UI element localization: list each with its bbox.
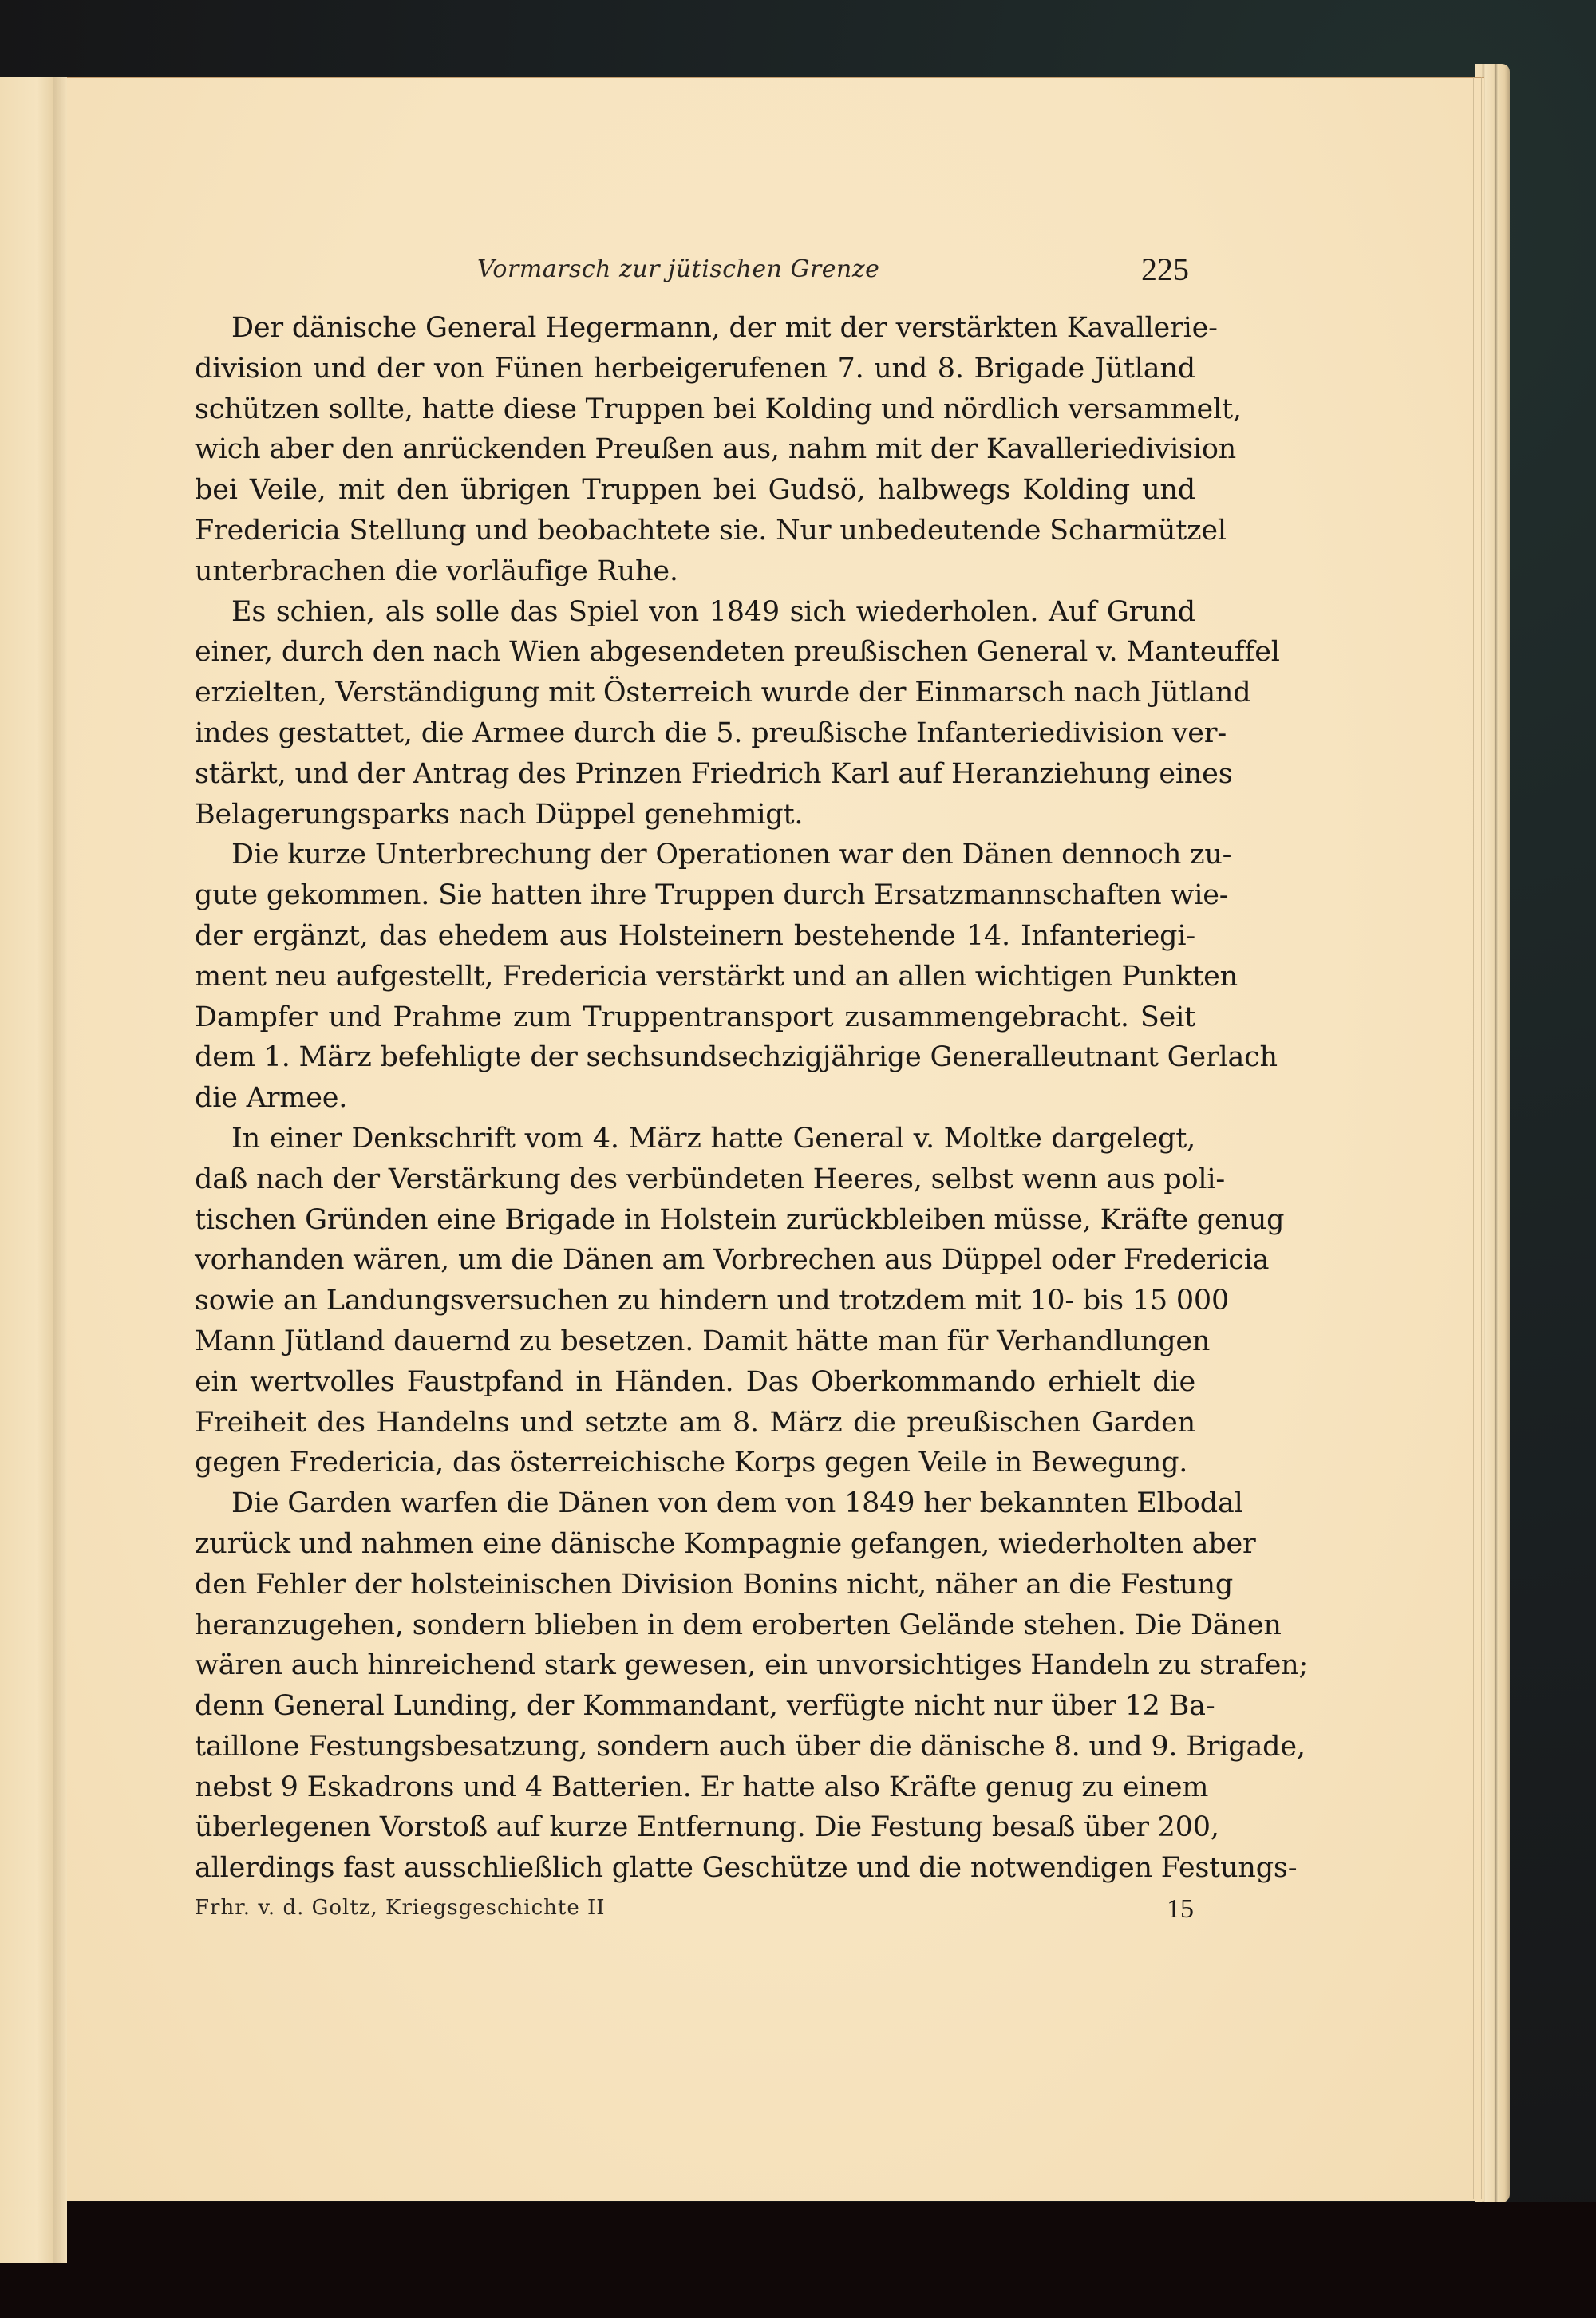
body-text: Der dänische General Hegermann, der mit … — [195, 308, 1195, 1889]
text-line: daß nach der Verstärkung des verbündeten… — [195, 1159, 1195, 1200]
text-line: heranzugehen, sondern blieben in dem ero… — [195, 1605, 1195, 1646]
text-line: Fredericia Stellung und beobachtete sie.… — [195, 511, 1195, 551]
text-line: indes gestattet, die Armee durch die 5. … — [195, 713, 1195, 754]
text-line: ein wertvolles Faustpfand in Händen. Das… — [195, 1362, 1195, 1403]
text-line: stärkt, und der Antrag des Prinzen Fried… — [195, 754, 1195, 795]
text-line: der ergänzt, das ehedem aus Holsteinern … — [195, 916, 1195, 957]
page-footer: Frhr. v. d. Goltz, Kriegsgeschichte II 1… — [195, 1896, 1195, 1928]
text-line: zurück und nahmen eine dänische Kompagni… — [195, 1524, 1195, 1565]
text-line: Dampfer und Prahme zum Truppentransport … — [195, 997, 1195, 1038]
running-head: Vormarsch zur jütischen Grenze 225 — [0, 255, 1596, 295]
text-line: allerdings fast ausschließlich glatte Ge… — [195, 1848, 1195, 1889]
book-gutter — [53, 77, 67, 2263]
scan-background-bottom — [0, 2202, 1596, 2318]
text-line: vorhanden wären, um die Dänen am Vorbrec… — [195, 1240, 1195, 1281]
text-line: erzielten, Verständigung mit Österreich … — [195, 673, 1195, 713]
paragraph: Die Garden warfen die Dänen von dem von … — [195, 1483, 1195, 1889]
paragraph: Der dänische General Hegermann, der mit … — [195, 308, 1195, 592]
text-line: nebst 9 Eskadrons und 4 Batterien. Er ha… — [195, 1767, 1195, 1808]
text-line: Es schien, als solle das Spiel von 1849 … — [195, 592, 1195, 633]
paragraph: Die kurze Unterbrechung der Operationen … — [195, 835, 1195, 1119]
text-line: wich aber den anrückenden Preußen aus, n… — [195, 429, 1195, 470]
text-line: gute gekommen. Sie hatten ihre Truppen d… — [195, 875, 1195, 916]
text-line: Der dänische General Hegermann, der mit … — [195, 308, 1195, 349]
text-line: ment neu aufgestellt, Fredericia verstär… — [195, 957, 1195, 997]
text-line: bei Veile, mit den übrigen Truppen bei G… — [195, 470, 1195, 511]
text-line: schützen sollte, hatte diese Truppen bei… — [195, 389, 1195, 430]
text-line: Die kurze Unterbrechung der Operationen … — [195, 835, 1195, 875]
text-line: denn General Lunding, der Kommandant, ve… — [195, 1686, 1195, 1727]
running-title: Vormarsch zur jütischen Grenze — [477, 255, 879, 283]
text-line: einer, durch den nach Wien abgesendeten … — [195, 632, 1195, 673]
text-line: überlegenen Vorstoß auf kurze Entfernung… — [195, 1807, 1195, 1848]
text-line: den Fehler der holsteinischen Division B… — [195, 1565, 1195, 1605]
page-number: 225 — [1141, 251, 1189, 288]
text-line: taillone Festungsbesatzung, sondern auch… — [195, 1727, 1195, 1767]
text-line: Belagerungsparks nach Düppel genehmigt. — [195, 795, 1195, 835]
text-line: dem 1. März befehligte der sechsundsechz… — [195, 1037, 1195, 1078]
paragraph: In einer Denkschrift vom 4. März hatte G… — [195, 1119, 1195, 1483]
text-line: gegen Fredericia, das österreichische Ko… — [195, 1443, 1195, 1483]
text-line: sowie an Landungsversuchen zu hindern un… — [195, 1281, 1195, 1321]
footer-signature: Frhr. v. d. Goltz, Kriegsgeschichte II — [195, 1896, 606, 1920]
page-edge-line — [1473, 77, 1474, 2199]
text-line: Mann Jütland dauernd zu besetzen. Damit … — [195, 1321, 1195, 1362]
left-page-edge — [0, 77, 55, 2263]
text-line: In einer Denkschrift vom 4. März hatte G… — [195, 1119, 1195, 1159]
text-line: die Armee. — [195, 1078, 1195, 1119]
text-line: Die Garden warfen die Dänen von dem von … — [195, 1483, 1195, 1524]
paragraph: Es schien, als solle das Spiel von 1849 … — [195, 592, 1195, 835]
text-line: unterbrachen die vorläufige Ruhe. — [195, 551, 1195, 592]
text-line: division und der von Fünen herbeigerufen… — [195, 349, 1195, 389]
text-line: Freiheit des Handelns und setzte am 8. M… — [195, 1403, 1195, 1443]
text-line: tischen Gründen eine Brigade in Holstein… — [195, 1200, 1195, 1241]
text-line: wären auch hinreichend stark gewesen, ei… — [195, 1645, 1195, 1686]
page-edge-line — [1481, 77, 1482, 2199]
sheet-number: 15 — [1167, 1894, 1194, 1925]
